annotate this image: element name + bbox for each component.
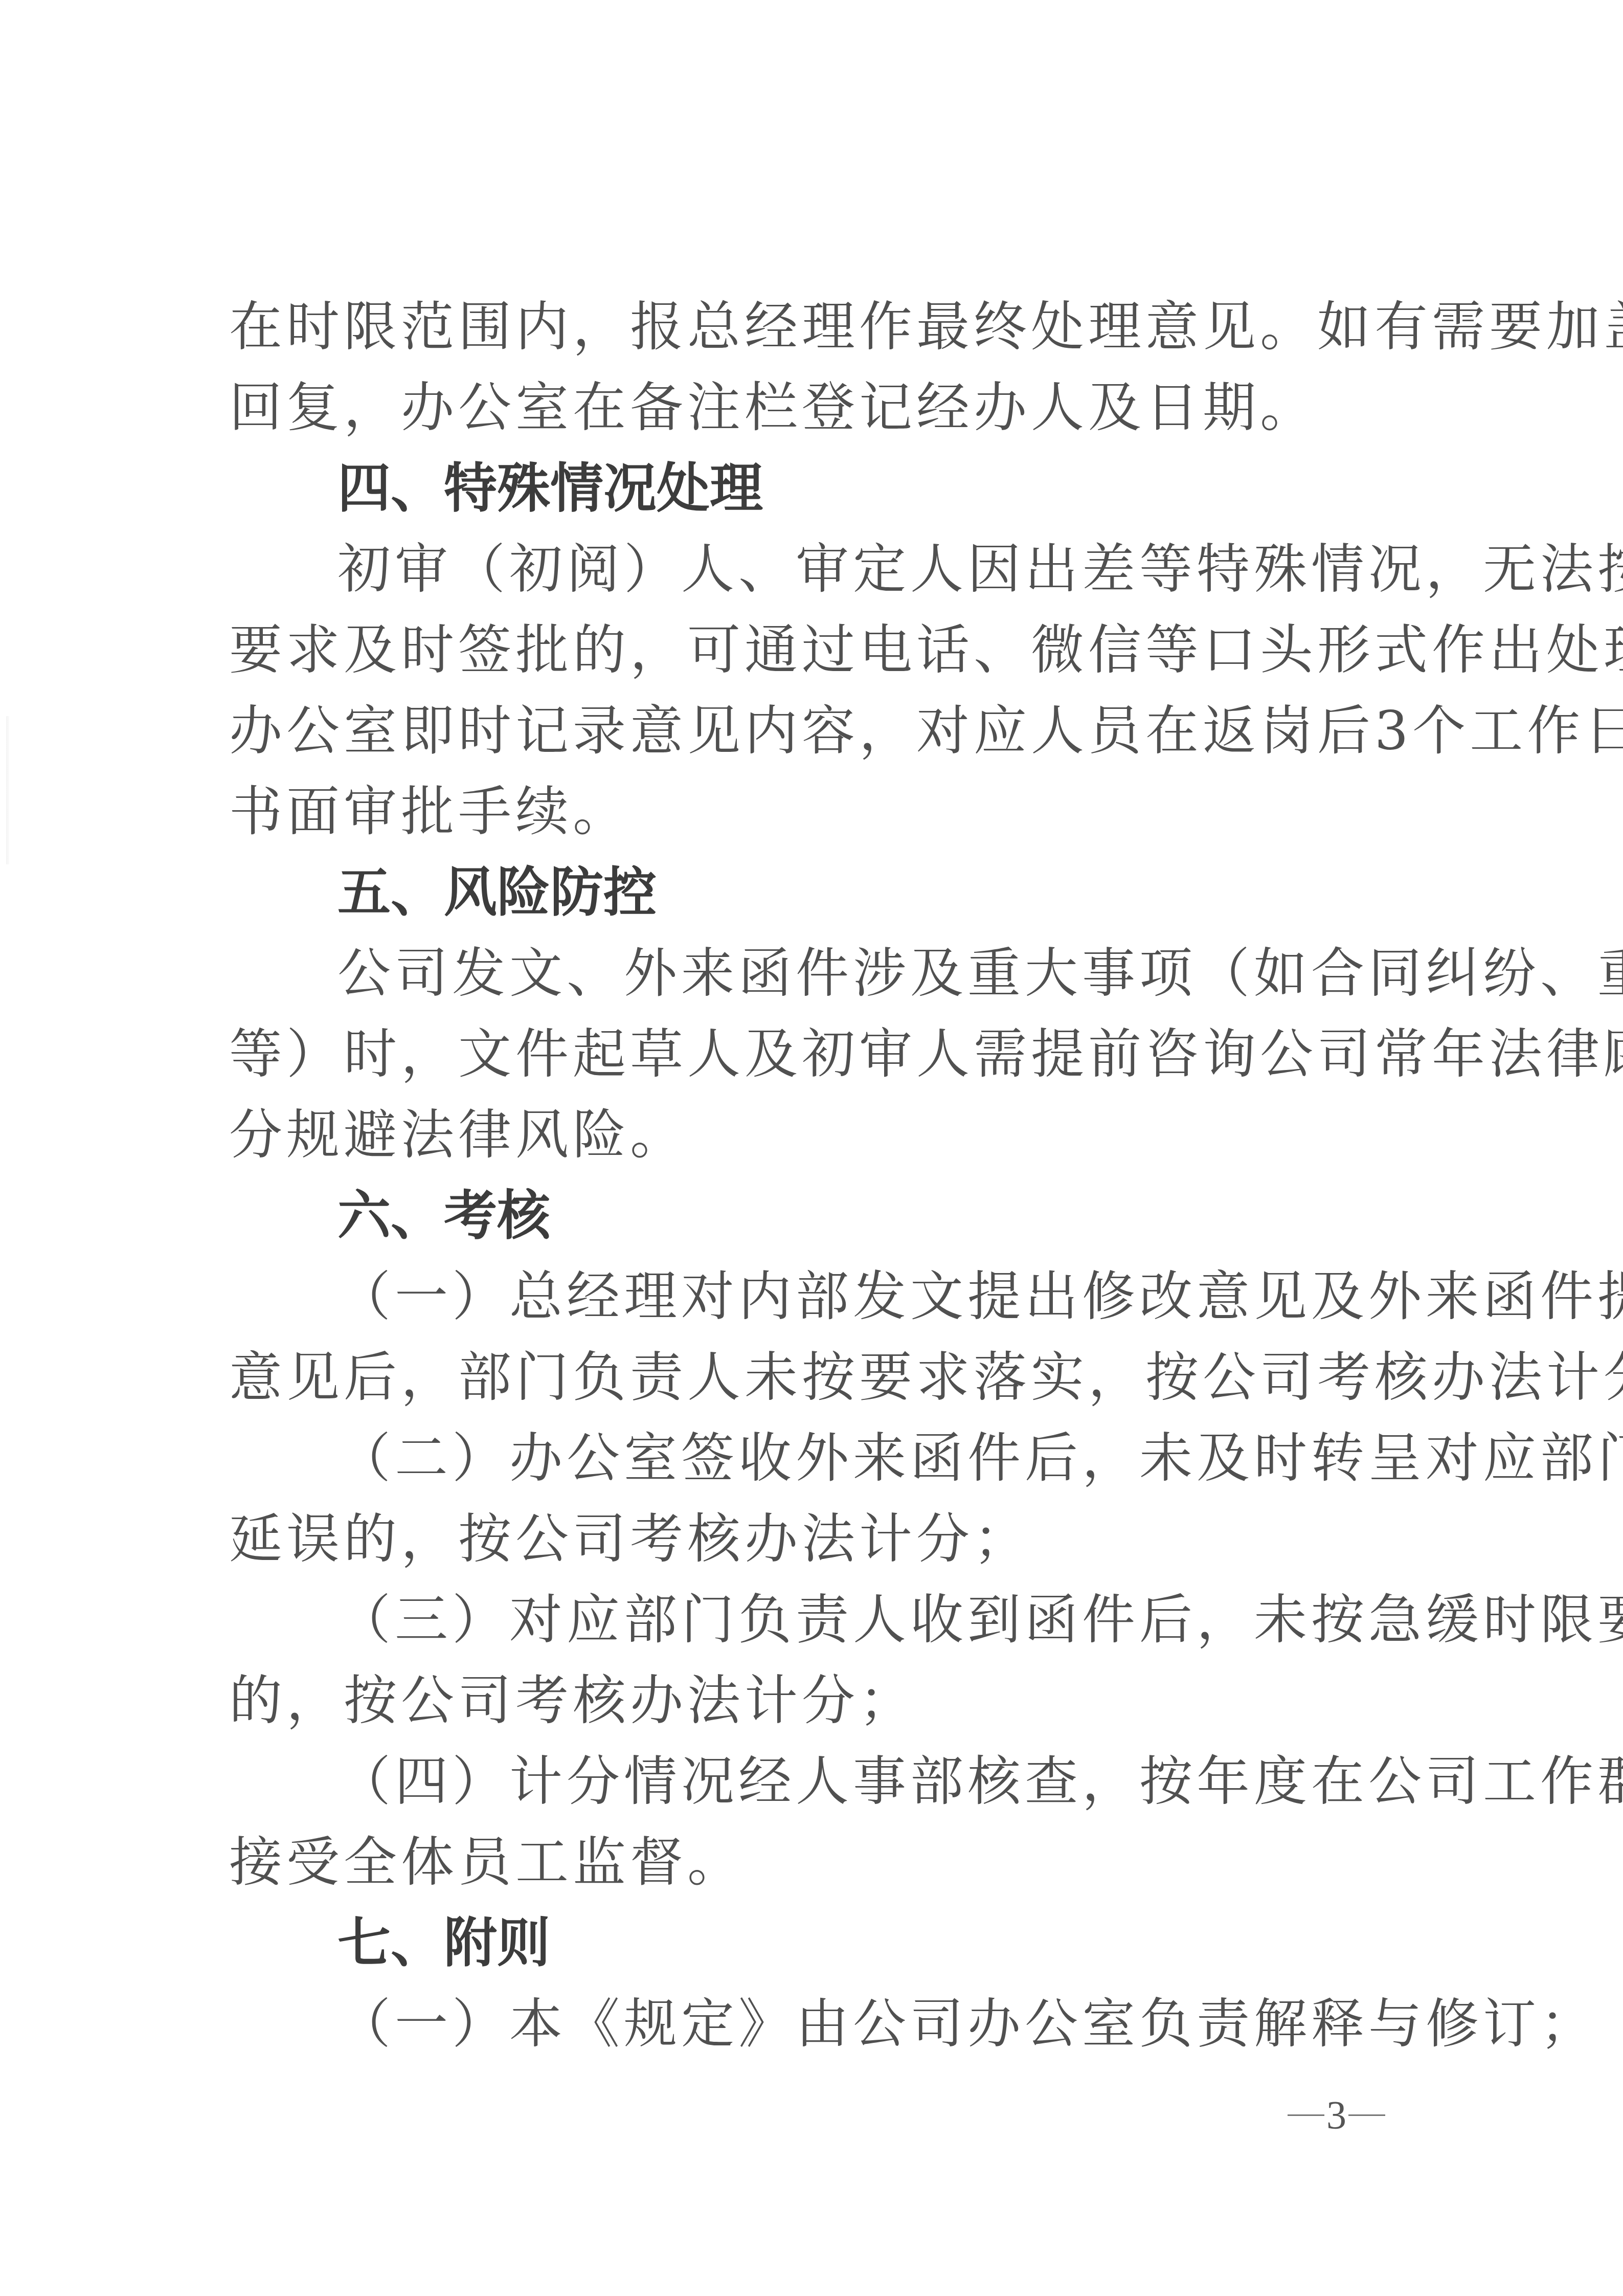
body-line: 分规避法律风险。 [229, 1095, 1431, 1175]
body-line: 公司发文、外来函件涉及重大事项（如合同纠纷、重大决策 [229, 933, 1431, 1014]
page-number: 3 [1288, 2092, 1385, 2138]
section-heading-risk-control: 五、风险防控 [229, 852, 1431, 933]
body-line: 要求及时签批的，可通过电话、微信等口头形式作出处理意见， [229, 610, 1431, 690]
body-line: 初审（初阅）人、审定人因出差等特殊情况，无法按急缓件 [229, 529, 1431, 610]
page-number-value: 3 [1326, 2092, 1346, 2138]
body-line: （一）本《规定》由公司办公室负责解释与修订； [229, 1983, 1431, 2064]
page-number-dash-left [1288, 2114, 1324, 2116]
body-line: 意见后，部门负责人未按要求落实，按公司考核办法计分； [229, 1337, 1431, 1418]
body-line: 接受全体员工监督。 [229, 1822, 1431, 1903]
scan-shadow-mark [6, 716, 9, 864]
body-line: 书面审批手续。 [229, 771, 1431, 852]
body-line: 回复，办公室在备注栏登记经办人及日期。 [229, 367, 1431, 448]
body-line: 延误的，按公司考核办法计分； [229, 1499, 1431, 1579]
document-page: 在时限范围内，报总经理作最终处理意见。如有需要加盖公章的 回复，办公室在备注栏登… [0, 0, 1623, 2296]
body-line: 的，按公司考核办法计分； [229, 1660, 1431, 1741]
body-line: 等）时，文件起草人及初审人需提前咨询公司常年法律顾问，充 [229, 1014, 1431, 1095]
document-body: 在时限范围内，报总经理作最终处理意见。如有需要加盖公章的 回复，办公室在备注栏登… [229, 286, 1431, 2064]
body-line: （一）总经理对内部发文提出修改意见及外来函件提出处理 [229, 1256, 1431, 1337]
body-line: （二）办公室签收外来函件后，未及时转呈对应部门，导致 [229, 1418, 1431, 1499]
page-number-dash-right [1348, 2114, 1385, 2116]
body-line: （三）对应部门负责人收到函件后，未按急缓时限要求办理 [229, 1579, 1431, 1660]
body-line: （四）计分情况经人事部核查，按年度在公司工作群公示， [229, 1741, 1431, 1822]
body-line: 在时限范围内，报总经理作最终处理意见。如有需要加盖公章的 [229, 286, 1431, 367]
section-heading-special-cases: 四、特殊情况处理 [229, 448, 1431, 529]
body-line: 办公室即时记录意见内容，对应人员在返岗后3个工作日内补签 [229, 690, 1431, 771]
section-heading-assessment: 六、考核 [229, 1175, 1431, 1256]
section-heading-supplementary: 七、附则 [229, 1903, 1431, 1983]
